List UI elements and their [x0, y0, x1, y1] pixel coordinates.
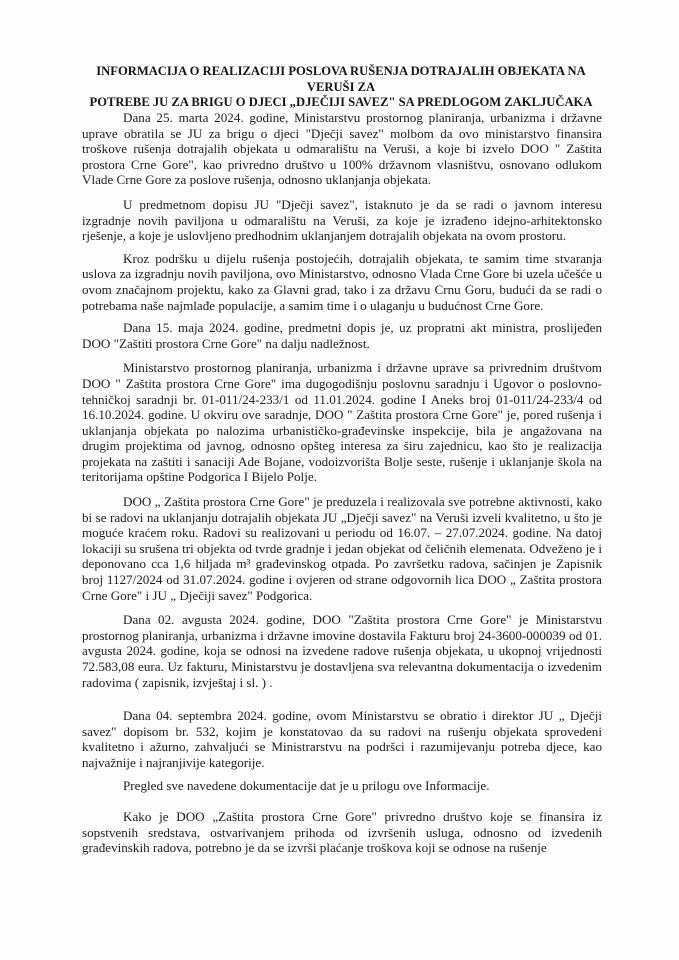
paragraph-support: Kroz podršku u dijelu rušenja postojećih…: [82, 251, 602, 313]
paragraph-works-executed: DOO „ Zaštita prostora Crne Gore" je pre…: [82, 494, 602, 603]
paragraph-cooperation: Ministarstvo prostornog planiranja, urba…: [82, 360, 602, 485]
title-line-1: INFORMACIJA O REALIZACIJI POSLOVA RUŠENJ…: [78, 64, 604, 95]
paragraph-forwarded-may: Dana 15. maja 2024. godine, predmetni do…: [82, 320, 602, 351]
paragraph-director-letter: Dana 04. septembra 2024. godine, ovom Mi…: [82, 708, 602, 770]
paragraph-attachments: Pregled sve navedene dokumentacije dat j…: [82, 778, 602, 794]
title-line-2: POTREBE JU ZA BRIGU O DJECI „DJEČIJI SAV…: [78, 95, 604, 111]
paragraph-invoice: Dana 02. avgusta 2024. godine, DOO "Zašt…: [82, 612, 602, 690]
paragraph-request-march: Dana 25. marta 2024. godine, Ministarstv…: [82, 110, 602, 188]
paragraph-payment: Kako je DOO „Zaštita prostora Crne Gore"…: [82, 809, 602, 856]
document-page: INFORMACIJA O REALIZACIJI POSLOVA RUŠENJ…: [0, 0, 679, 960]
document-body: Dana 25. marta 2024. godine, Ministarstv…: [82, 110, 602, 856]
document-title: INFORMACIJA O REALIZACIJI POSLOVA RUŠENJ…: [78, 64, 604, 111]
paragraph-public-interest: U predmetnom dopisu JU "Dječji savez", i…: [82, 197, 602, 244]
